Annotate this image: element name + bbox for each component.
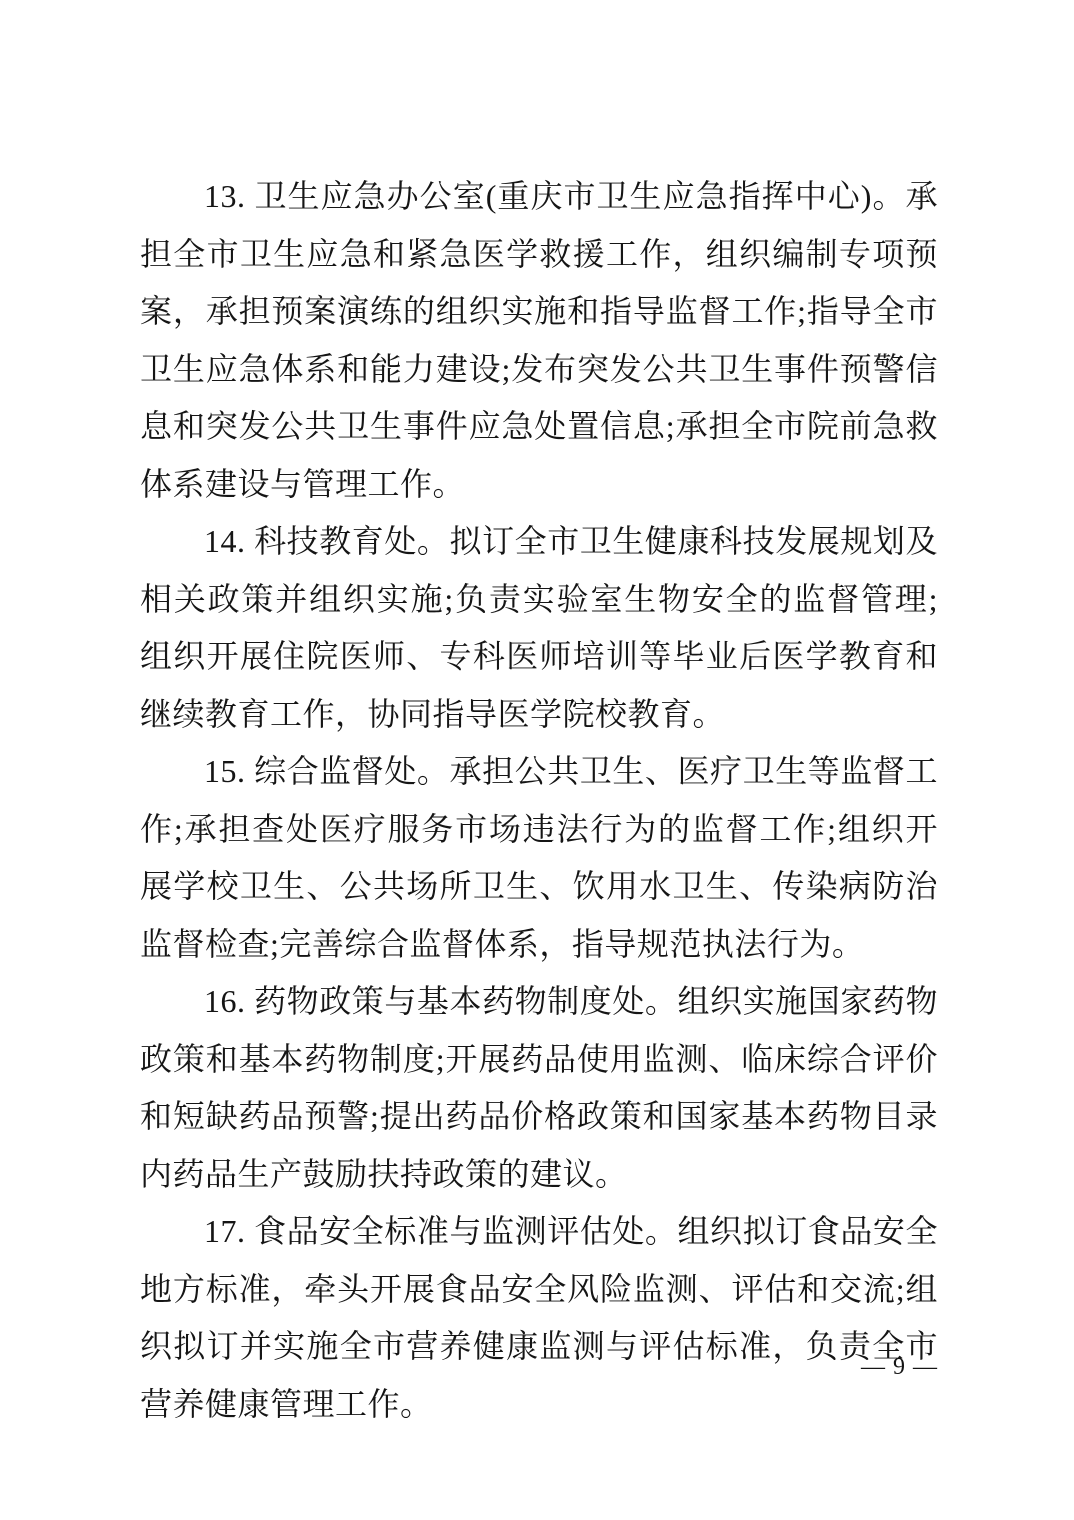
page-number: — 9 —	[861, 1352, 938, 1382]
paragraph-item-13: 13. 卫生应急办公室(重庆市卫生应急指挥中心)。承担全市卫生应急和紧急医学救援…	[140, 168, 938, 513]
paragraph-item-16: 16. 药物政策与基本药物制度处。组织实施国家药物政策和基本药物制度;开展药品使…	[140, 973, 938, 1203]
paragraph-item-15: 15. 综合监督处。承担公共卫生、医疗卫生等监督工作;承担查处医疗服务市场违法行…	[140, 743, 938, 973]
paragraph-item-17: 17. 食品安全标准与监测评估处。组织拟订食品安全地方标准，牵头开展食品安全风险…	[140, 1203, 938, 1433]
paragraph-item-14: 14. 科技教育处。拟订全市卫生健康科技发展规划及相关政策并组织实施;负责实验室…	[140, 513, 938, 743]
document-body: 13. 卫生应急办公室(重庆市卫生应急指挥中心)。承担全市卫生应急和紧急医学救援…	[140, 168, 938, 1433]
document-page: 13. 卫生应急办公室(重庆市卫生应急指挥中心)。承担全市卫生应急和紧急医学救援…	[0, 0, 1074, 1520]
